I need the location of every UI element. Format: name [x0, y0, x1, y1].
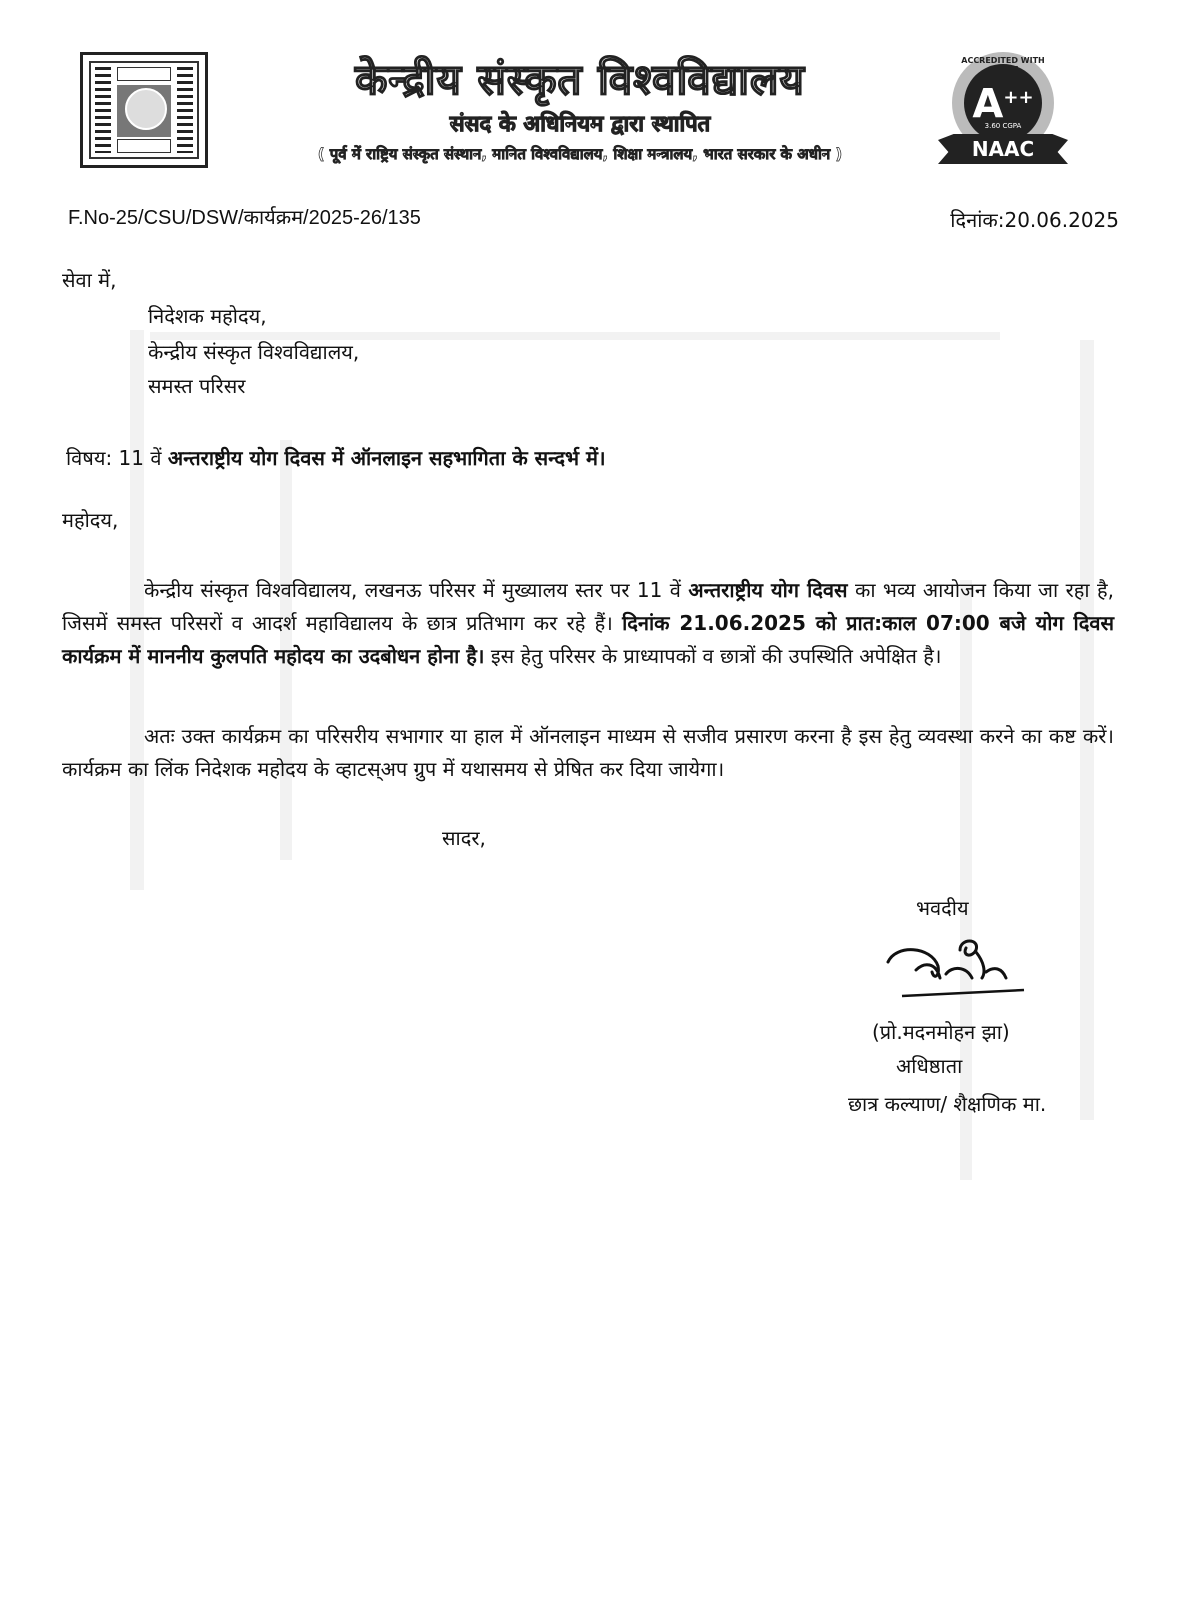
university-subtitle: संसद के अधिनियम द्वारा स्थापित — [300, 108, 860, 138]
subject-line: विषय: 11 वें अन्तराष्ट्रीय योग दिवस में … — [66, 446, 606, 470]
greeting: महोदय, — [62, 508, 118, 532]
highlight-yoga-day: अन्तराष्ट्रीय योग दिवस — [688, 578, 847, 602]
naac-grade: A++ — [964, 76, 1042, 126]
lotus-flower-icon — [125, 88, 167, 130]
naac-badge-logo: ACCREDITED WITH GRADE A++ 3.60 CGPA NAAC — [938, 52, 1068, 172]
body-paragraph-1: केन्द्रीय संस्कृत विश्वविद्यालय, लखनऊ पर… — [62, 574, 1114, 673]
naac-ribbon: NAAC — [938, 134, 1068, 164]
signatory-name: (प्रो.मदनमोहन झा) — [872, 1020, 1010, 1044]
signatory-designation: अधिष्ठाता — [896, 1054, 962, 1078]
body-paragraph-2: अतः उक्त कार्यक्रम का परिसरीय सभागार या … — [62, 720, 1114, 786]
addressee-line: समस्त परिसर — [148, 374, 245, 398]
naac-cgpa: 3.60 CGPA — [964, 122, 1042, 130]
closing-yours: भवदीय — [916, 896, 969, 920]
university-title: केन्द्रीय संस्कृत विश्वविद्यालय — [300, 50, 860, 107]
wave-pattern-icon — [177, 67, 193, 153]
closing-regards: सादर, — [442, 826, 486, 850]
university-note: ( पूर्व में राष्ट्रिय संस्कृत संस्थान, म… — [240, 144, 920, 164]
addressee-line: केन्द्रीय संस्कृत विश्वविद्यालय, — [148, 340, 359, 364]
emblem-name-band — [117, 139, 171, 153]
wave-pattern-icon — [95, 67, 111, 153]
subject-text: अन्तराष्ट्रीय योग दिवस में ऑनलाइन सहभागि… — [168, 446, 606, 470]
university-emblem-logo — [80, 52, 208, 168]
scan-streak — [150, 332, 1000, 340]
emblem-motto-band — [117, 67, 171, 81]
subject-label: विषय: 11 वें — [66, 446, 168, 470]
signature — [876, 932, 1036, 1004]
signatory-department: छात्र कल्याण/ शैक्षणिक मा. — [848, 1092, 1046, 1116]
file-number: F.No-25/CSU/DSW/कार्यक्रम/2025-26/135 — [68, 206, 421, 230]
salutation-to: सेवा में, — [62, 268, 117, 292]
addressee-line: निदेशक महोदय, — [148, 304, 267, 328]
letter-date: दिनांक:20.06.2025 — [950, 208, 1119, 232]
